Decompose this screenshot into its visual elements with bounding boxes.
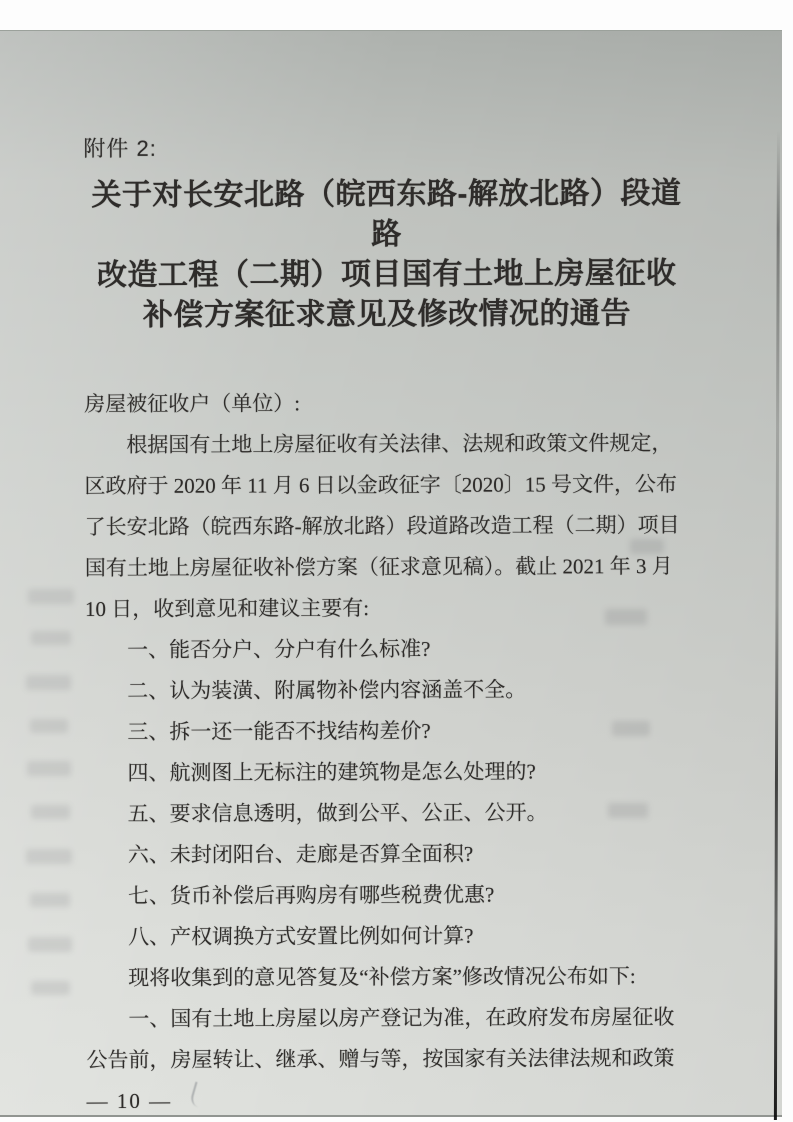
bleed-through-mark (28, 937, 72, 952)
bleed-through-mark (31, 805, 70, 819)
bleed-through-mark (30, 719, 68, 733)
bleed-through-mark (27, 761, 71, 776)
body-line: 了长安北路（皖西东路-解放北路）段道路改造工程（二期）项目 (85, 505, 691, 548)
bleed-through-mark (26, 849, 72, 864)
bleed-through-mark (28, 589, 74, 604)
body-line: 现将收集到的意见答复及“补偿方案”修改情况公布如下: (86, 956, 692, 999)
bleed-through-mark (30, 893, 70, 907)
document-title-line-1: 关于对长安北路（皖西东路-解放北路）段道路 (83, 174, 689, 256)
document-title-line-3: 补偿方案征求意见及修改情况的通告 (84, 294, 690, 336)
body-line: 区政府于 2020 年 11 月 6 日以金政征字〔2020〕15 号文件，公布 (84, 464, 690, 507)
document-title-line-2: 改造工程（二期）项目国有土地上房屋征收 (84, 254, 690, 296)
salutation-line: 房屋被征收户（单位）: (84, 382, 690, 425)
body-line: 根据国有土地上房屋征收有关法律、法规和政策文件规定， (84, 423, 690, 466)
opinion-item-6: 六、未封闭阳台、走廊是否算全面积? (86, 833, 692, 876)
opinion-item-7: 七、货币补偿后再购房有哪些税费优惠? (86, 874, 692, 917)
opinion-item-2: 二、认为装潢、附属物补偿内容涵盖不全。 (85, 669, 691, 712)
document-title: 关于对长安北路（皖西东路-解放北路）段道路 改造工程（二期）项目国有土地上房屋征… (83, 174, 690, 336)
scanned-document-photo: 附件 2: 关于对长安北路（皖西东路-解放北路）段道路 改造工程（二期）项目国有… (0, 0, 793, 1122)
body-line: 一、国有土地上房屋以房产登记为准，在政府发布房屋征收 (86, 997, 692, 1040)
attachment-label: 附件 2: (83, 132, 689, 176)
page-number: — 10 — (87, 1079, 693, 1122)
opinion-item-3: 三、拆一还一能否不找结构差价? (85, 710, 691, 753)
opinion-item-1: 一、能否分户、分户有什么标准? (85, 628, 691, 671)
opinion-item-4: 四、航测图上无标注的建筑物是怎么处理的? (85, 751, 691, 794)
body-line: 10 日，收到意见和建议主要有: (85, 587, 691, 630)
bleed-through-mark (26, 675, 71, 690)
document-content: 附件 2: 关于对长安北路（皖西东路-解放北路）段道路 改造工程（二期）项目国有… (83, 132, 692, 1122)
opinion-item-8: 八、产权调换方式安置比例如何计算? (86, 915, 692, 958)
bleed-through-mark (31, 631, 71, 645)
body-line: 公告前，房屋转让、继承、赠与等，按国家有关法律法规和政策 (86, 1038, 692, 1081)
opinion-item-5: 五、要求信息透明，做到公平、公正、公开。 (86, 792, 692, 835)
bleed-through-mark (31, 981, 70, 995)
body-line: 国有土地上房屋征收补偿方案（征求意见稿）。截止 2021 年 3 月 (85, 546, 691, 589)
